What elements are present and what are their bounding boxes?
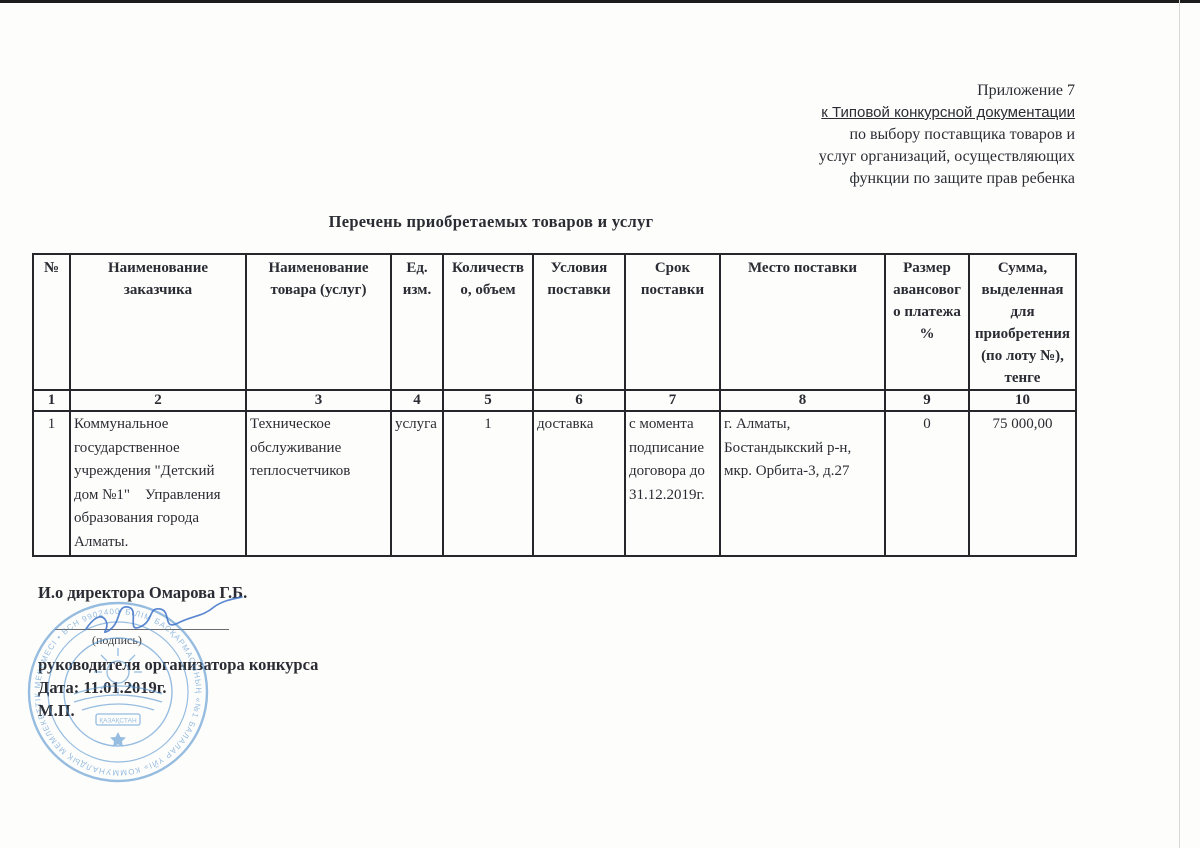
col-num-9: 9 (885, 390, 969, 411)
col-num-10: 10 (969, 390, 1076, 411)
column-number-row: 1 2 3 4 5 6 7 8 9 10 (33, 390, 1076, 411)
signature-caption: (подпись) (92, 633, 142, 648)
col-num-8: 8 (720, 390, 885, 411)
col-num-4: 4 (391, 390, 443, 411)
col-num-3: 3 (246, 390, 391, 411)
stamp-banner-text: ҚАЗАҚСТАН (99, 718, 137, 725)
col-num-6: 6 (533, 390, 625, 411)
table-header-row: № Наименование заказчика Наименование то… (33, 254, 1076, 390)
header-quantity: Количеств о, объем (443, 254, 533, 390)
cell-item: Техническое обслуживание теплосчетчиков (246, 411, 391, 556)
cell-unit: услуга (391, 411, 443, 556)
cell-delivery-terms: доставка (533, 411, 625, 556)
procurement-table: № Наименование заказчика Наименование то… (32, 253, 1077, 557)
header-advance: Размер авансовог о платежа % (885, 254, 969, 390)
cell-customer: Коммунальное государственное учреждения … (70, 411, 246, 556)
cell-delivery-period: с момента подписание договора до 31.12.2… (625, 411, 720, 556)
cell-number: 1 (33, 411, 70, 556)
cell-quantity: 1 (443, 411, 533, 556)
appendix-subtitle-1: по выбору поставщика товаров и (819, 124, 1075, 146)
cell-advance: 0 (885, 411, 969, 556)
document-title: Перечень приобретаемых товаров и услуг (32, 212, 950, 232)
cell-amount: 75 000,00 (969, 411, 1076, 556)
scan-edge-artifact (0, 0, 1200, 3)
appendix-header: Приложение 7 к Типовой конкурсной докуме… (819, 80, 1075, 190)
header-number: № (33, 254, 70, 390)
signature-line (55, 629, 229, 630)
header-amount: Сумма, выделенная для приобретения (по л… (969, 254, 1076, 390)
header-delivery-period: Срок поставки (625, 254, 720, 390)
col-num-1: 1 (33, 390, 70, 411)
col-num-7: 7 (625, 390, 720, 411)
appendix-subtitle-3: функции по защите прав ребенка (819, 168, 1075, 190)
scanned-document-page: Приложение 7 к Типовой конкурсной докуме… (0, 0, 1200, 848)
seal-mark: М.П. (38, 701, 75, 721)
cell-delivery-place: г. Алматы, Бостандыкский р-н, мкр. Орбит… (720, 411, 885, 556)
col-num-5: 5 (443, 390, 533, 411)
table-row: 1 Коммунальное государственное учреждени… (33, 411, 1076, 556)
signer-name: И.о директора Омарова Г.Б. (38, 583, 247, 603)
header-item: Наименование товара (услуг) (246, 254, 391, 390)
signature-date: Дата: 11.01.2019г. (38, 678, 166, 698)
header-delivery-terms: Условия поставки (533, 254, 625, 390)
signer-role: руководителя организатора конкурса (38, 655, 318, 675)
header-delivery-place: Место поставки (720, 254, 885, 390)
appendix-reference: к Типовой конкурсной документации (819, 102, 1075, 124)
appendix-subtitle-2: услуг организаций, осуществляющих (819, 146, 1075, 168)
appendix-number: Приложение 7 (819, 80, 1075, 102)
header-customer: Наименование заказчика (70, 254, 246, 390)
col-num-2: 2 (70, 390, 246, 411)
scan-edge-line (1179, 0, 1180, 848)
header-unit: Ед. изм. (391, 254, 443, 390)
